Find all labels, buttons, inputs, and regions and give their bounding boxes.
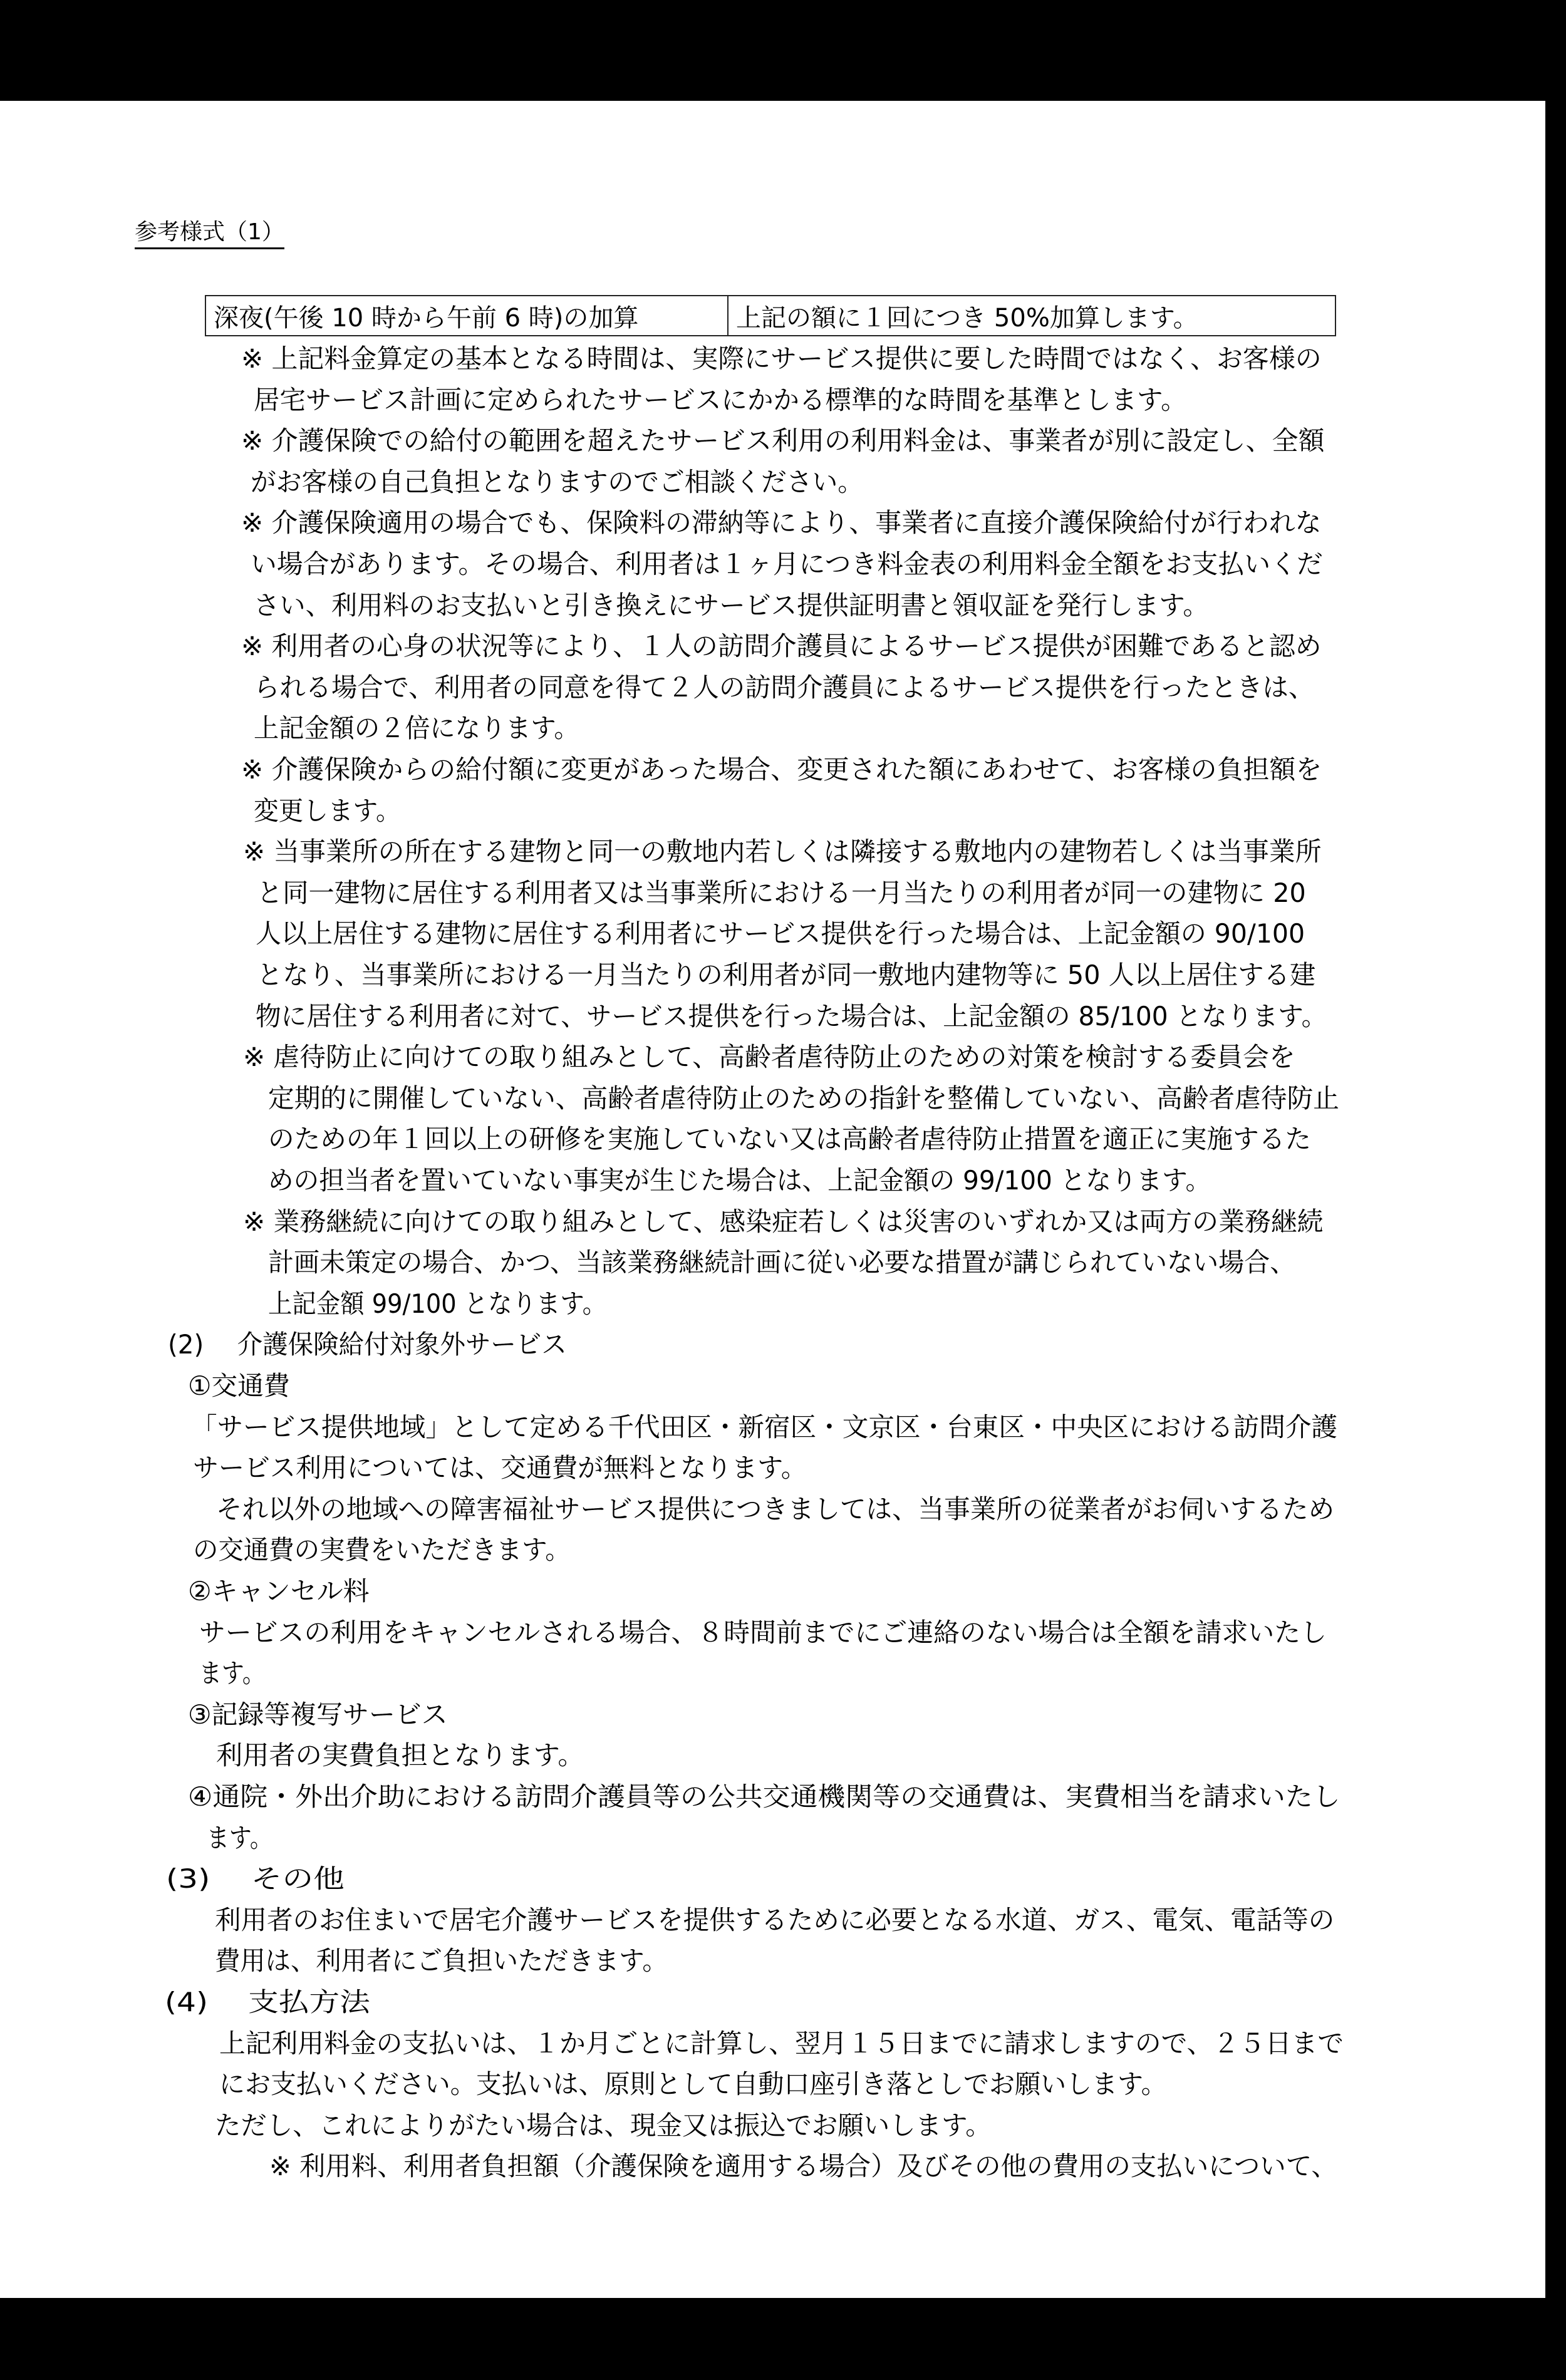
body-text-line: (3) その他 bbox=[166, 1864, 345, 1894]
body-text-line: ※ 上記料金算定の基本となる時間は、実際にサービス提供に要した時間ではなく、お客… bbox=[241, 344, 1322, 374]
body-text-line: られる場合で、利用者の同意を得て２人の訪問介護員によるサービス提供を行ったときは… bbox=[254, 673, 1314, 703]
body-text-line: ※ 介護保険適用の場合でも、保険料の滞納等により、事業者に直接介護保険給付が行わ… bbox=[241, 508, 1322, 538]
body-text-line: 上記金額の２倍になります。 bbox=[254, 713, 579, 743]
surcharge-value-cell: 上記の額に１回につき 50%加算します。 bbox=[728, 296, 1335, 336]
body-text-line: 上記利用料金の支払いは、１か月ごとに計算し、翌月１５日までに請求しますので、２５… bbox=[219, 2029, 1344, 2059]
body-text-line: ④通院・外出介助における訪問介護員等の公共交通機関等の交通費は、実費相当を請求い… bbox=[188, 1782, 1340, 1812]
body-text-line: ます。 bbox=[199, 1658, 265, 1689]
body-text-line: のための年１回以上の研修を実施していない又は高齢者虐待防止措置を適正に実施するた bbox=[268, 1124, 1311, 1154]
body-text-line: 費用は、利用者にご負担いただきます。 bbox=[215, 1946, 668, 1976]
body-text-line: サービスの利用をキャンセルされる場合、８時間前までにご連絡のない場合は全額を請求… bbox=[199, 1618, 1327, 1648]
body-text-line: にお支払いください。支払いは、原則として自動口座引き落としでお願いします。 bbox=[219, 2069, 1167, 2099]
body-text-line: 計画未策定の場合、かつ、当該業務継続計画に従い必要な措置が講じられていない場合、 bbox=[268, 1248, 1295, 1278]
body-text-line: それ以外の地域への障害福祉サービス提供につきましては、当事業所の従業者がお伺いす… bbox=[216, 1494, 1334, 1524]
surcharge-label-cell: 深夜(午後 10 時から午前 6 時)の加算 bbox=[205, 296, 728, 336]
body-text-line: ※ 利用料、利用者負担額（介護保険を適用する場合）及びその他の費用の支払いについ… bbox=[269, 2151, 1337, 2181]
body-text-line: ※ 利用者の心身の状況等により、１人の訪問介護員によるサービス提供が困難であると… bbox=[241, 631, 1322, 661]
body-text-line: ②キャンセル料 bbox=[188, 1576, 370, 1606]
body-text-line: ※ 業務継続に向けての取り組みとして、感染症若しくは災害のいずれか又は両方の業務… bbox=[243, 1207, 1324, 1237]
body-text-line: ます。 bbox=[207, 1823, 272, 1853]
body-text-line: と同一建物に居住する利用者又は当事業所における一月当たりの利用者が同一の建物に … bbox=[257, 878, 1306, 908]
body-text-line: 居宅サービス計画に定められたサービスにかかる標準的な時間を基準とします。 bbox=[254, 385, 1187, 415]
body-text-line: となり、当事業所における一月当たりの利用者が同一敷地内建物等に 50 人以上居住… bbox=[257, 960, 1315, 990]
body-text-line: ※ 介護保険からの給付額に変更があった場合、変更された額にあわせて、お客様の負担… bbox=[241, 755, 1322, 785]
body-text-line: の交通費の実費をいただきます。 bbox=[193, 1535, 571, 1565]
body-text-line: ※ 介護保険での給付の範囲を超えたサービス利用の利用料金は、事業者が別に設定し、… bbox=[241, 426, 1325, 456]
late-night-surcharge-table: 深夜(午後 10 時から午前 6 時)の加算 上記の額に１回につき 50%加算し… bbox=[205, 295, 1336, 336]
body-text-line: 変更します。 bbox=[254, 796, 401, 826]
body-text-line: 物に居住する利用者に対て、サービス提供を行った場合は、上記金額の 85/100 … bbox=[256, 1001, 1327, 1032]
document-page: 参考様式（1） 深夜(午後 10 時から午前 6 時)の加算 上記の額に１回につ… bbox=[0, 101, 1545, 2298]
body-text-line: ただし、これによりがたい場合は、現金又は振込でお願いします。 bbox=[215, 2111, 992, 2141]
body-text-line: がお客様の自己負担となりますのでご相談ください。 bbox=[251, 467, 863, 497]
body-text-line: サービス利用については、交通費が無料となります。 bbox=[193, 1453, 807, 1483]
body-text-line: 上記金額 99/100 となります。 bbox=[268, 1289, 606, 1319]
form-title: 参考様式（1） bbox=[135, 219, 284, 249]
body-text-line: ※ 当事業所の所在する建物と同一の敷地内若しくは隣接する敷地内の建物若しくは当事… bbox=[243, 837, 1322, 867]
body-text-line: い場合があります。その場合、利用者は１ヶ月につき料金表の利用料金全額をお支払いく… bbox=[251, 549, 1323, 579]
body-text-line: めの担当者を置いていない事実が生じた場合は、上記金額の 99/100 となります… bbox=[268, 1166, 1211, 1196]
body-text-line: さい、利用料のお支払いと引き換えにサービス提供証明書と領収証を発行します。 bbox=[254, 591, 1209, 621]
body-text-line: 利用者のお住まいで居宅介護サービスを提供するために必要となる水道、ガス、電気、電… bbox=[215, 1905, 1334, 1935]
table-row: 深夜(午後 10 時から午前 6 時)の加算 上記の額に１回につき 50%加算し… bbox=[205, 296, 1335, 336]
body-text-line: ③記録等複写サービス bbox=[188, 1700, 448, 1730]
body-text-line: 利用者の実費負担となります。 bbox=[216, 1741, 584, 1771]
body-text-line: 定期的に開催していない、高齢者虐待防止のための指針を整備していない、高齢者虐待防… bbox=[268, 1084, 1339, 1114]
body-text-line: ①交通費 bbox=[188, 1371, 290, 1401]
body-text-line: 人以上居住する建物に居住する利用者にサービス提供を行った場合は、上記金額の 90… bbox=[256, 919, 1305, 949]
body-text-line: 「サービス提供地域」として定める千代田区・新宿区・文京区・台東区・中央区における… bbox=[191, 1412, 1337, 1442]
body-text-line: ※ 虐待防止に向けての取り組みとして、高齢者虐待防止のための対策を検討する委員会… bbox=[243, 1042, 1295, 1072]
body-text-line: (4) 支払方法 bbox=[165, 1987, 370, 2017]
body-text-line: (2) 介護保険給付対象外サービス bbox=[168, 1330, 567, 1360]
